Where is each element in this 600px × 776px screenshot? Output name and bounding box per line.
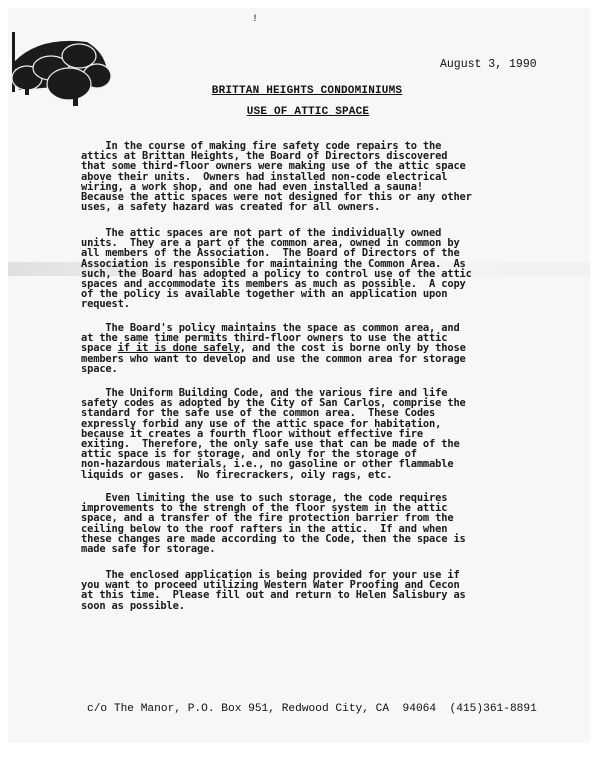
document-page xyxy=(8,8,590,743)
paragraph-3: The Board's policy maintains the space a… xyxy=(81,323,561,374)
paragraph-5: Even limiting the use to such storage, t… xyxy=(81,493,561,554)
paragraph-1: In the course of making fire safety code… xyxy=(81,141,561,212)
stray-mark: ! xyxy=(252,14,258,25)
footer-address: c/o The Manor, P.O. Box 951, Redwood Cit… xyxy=(87,703,537,715)
letter-date: August 3, 1990 xyxy=(440,58,537,71)
paragraph-2: The attic spaces are not part of the ind… xyxy=(81,228,561,310)
document-subtitle: USE OF ATTIC SPACE xyxy=(8,106,600,118)
document-title: BRITTAN HEIGHTS CONDOMINIUMS xyxy=(7,85,600,97)
paragraph-4: The Uniform Building Code, and the vario… xyxy=(81,388,561,480)
paragraph-6: The enclosed application is being provid… xyxy=(81,570,561,611)
